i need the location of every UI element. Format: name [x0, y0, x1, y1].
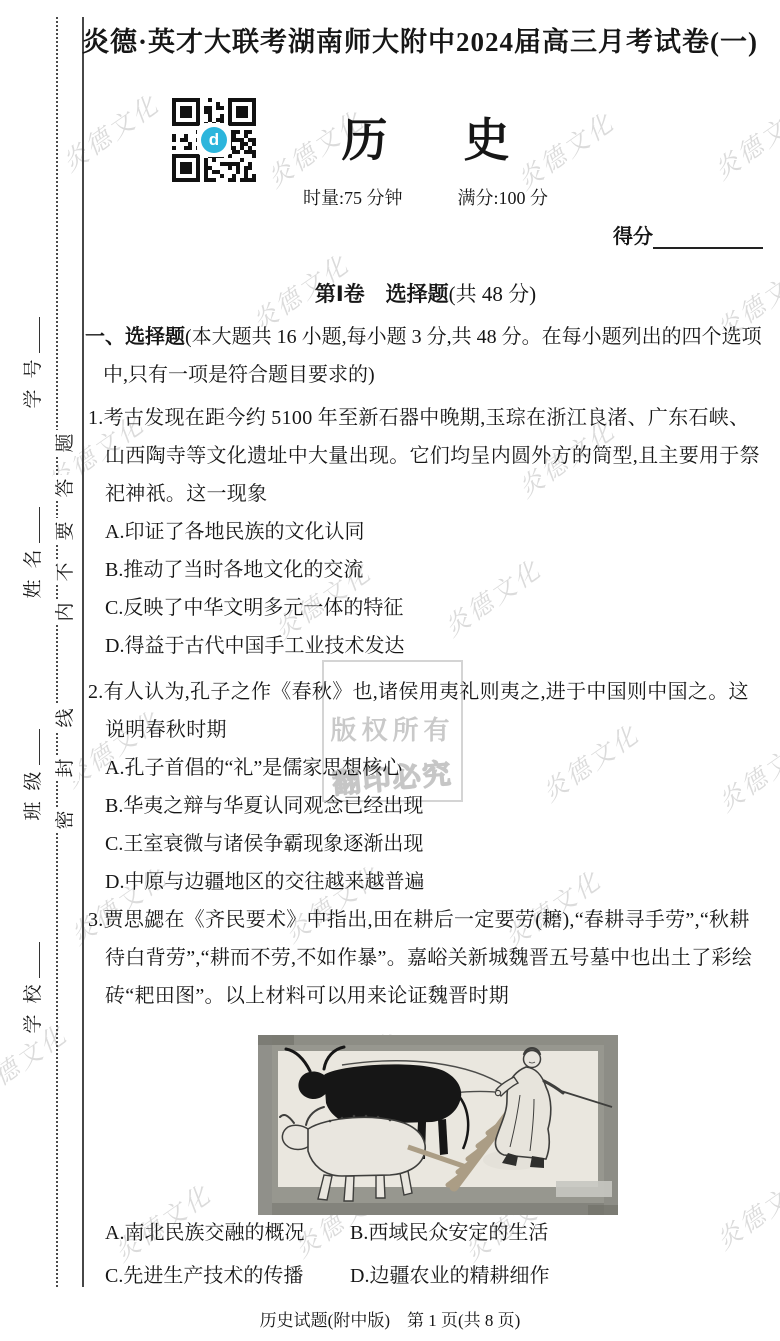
qr-logo: d: [197, 123, 231, 157]
seal-warning-char: 要: [53, 518, 79, 544]
question-1: 1.考古发现在距今约 5100 年至新石器中晚期,玉琮在浙江良渚、广东石峡、山西…: [88, 399, 763, 665]
seal-warning-char: 不: [53, 559, 79, 585]
subject-char-2: 史: [464, 104, 510, 170]
student-id-blank[interactable]: [23, 318, 40, 354]
seal-dashed-line: [56, 17, 58, 1287]
question-1-text: 考古发现在距今约 5100 年至新石器中晚期,玉琮在浙江良渚、广东石峡、山西陶寺…: [104, 407, 760, 505]
question-3-option-d: D.边疆农业的精耕细作: [350, 1257, 549, 1295]
score-label: 得分: [613, 226, 653, 248]
seal-warning-char: 封: [53, 755, 79, 781]
section-title: 第Ⅰ卷 选择题(共 48 分): [88, 278, 763, 308]
seal-warning-char: 答: [53, 475, 79, 501]
question-2-stem: 2.有人认为,孔子之作《春秋》也,诸侯用夷礼则夷之,进于中国则中国之。这说明春秋…: [88, 673, 763, 749]
plowing-brick-image: [258, 1035, 618, 1215]
class-label: 班级: [18, 761, 45, 821]
name-label: 姓名: [18, 539, 45, 599]
question-3-option-c: C.先进生产技术的传播: [105, 1257, 350, 1295]
class-blank[interactable]: [23, 730, 40, 766]
exam-title: 炎德·英才大联考湖南师大附中2024届高三月考试卷(一): [70, 20, 770, 59]
question-1-option-a: A.印证了各地民族的文化认同: [88, 513, 763, 551]
exam-meta: 时量:75 分钟 满分:100 分: [88, 184, 763, 210]
question-3-option-a: A.南北民族交融的概况: [105, 1214, 350, 1252]
subject-title: 历 史: [88, 104, 763, 170]
question-1-option-b: B.推动了当时各地文化的交流: [88, 551, 763, 589]
score-field: 得分: [613, 220, 763, 249]
question-3-number: 3.: [88, 909, 104, 931]
question-2-option-d: D.中原与边疆地区的交往越来越普遍: [88, 863, 763, 901]
question-3-text: 贾思勰在《齐民要术》中指出,田在耕后一定要劳(耱),“春耕寻手劳”,“秋耕待白背…: [104, 909, 753, 1007]
question-1-stem: 1.考古发现在距今约 5100 年至新石器中晚期,玉琮在浙江良渚、广东石峡、山西…: [88, 399, 763, 513]
question-3-option-b: B.西域民众安定的生活: [350, 1214, 549, 1252]
student-id-label: 学号: [18, 349, 45, 409]
school-field: 学校: [19, 933, 43, 1043]
name-field: 姓名: [19, 498, 43, 608]
student-id-field: 学号: [19, 308, 43, 418]
question-2-number: 2.: [88, 681, 104, 703]
school-blank[interactable]: [23, 943, 40, 979]
duration-label: 时量:75 分钟: [303, 184, 403, 210]
section-title-points: (共 48 分): [449, 282, 537, 306]
subject-char-1: 历: [342, 104, 388, 170]
seal-warning-char: 题: [53, 430, 79, 456]
question-2-option-a: A.孔子首倡的“礼”是儒家思想核心: [88, 749, 763, 787]
brand-watermark: 炎德文化: [708, 1163, 780, 1257]
instruction-lead: 一、选择题: [85, 326, 185, 348]
exam-page: 炎德文化炎德文化炎德文化炎德文化炎德文化炎德文化炎德文化炎德文化炎德文化炎德文化…: [0, 0, 780, 1341]
question-2-option-c: C.王室衰微与诸侯争霸现象逐渐出现: [88, 825, 763, 863]
full-score-label: 满分:100 分: [458, 184, 549, 210]
question-3: 3.贾思勰在《齐民要术》中指出,田在耕后一定要劳(耱),“春耕寻手劳”,“秋耕待…: [88, 901, 763, 1015]
page-footer: 历史试题(附中版) 第 1 页(共 8 页): [0, 1306, 780, 1331]
question-2: 2.有人认为,孔子之作《春秋》也,诸侯用夷礼则夷之,进于中国则中国之。这说明春秋…: [88, 673, 763, 901]
section-title-main: 第Ⅰ卷 选择题: [315, 283, 449, 306]
seal-solid-line: [82, 17, 84, 1287]
seal-warning-char: 线: [53, 705, 79, 731]
question-3-stem: 3.贾思勰在《齐民要术》中指出,田在耕后一定要劳(耱),“春耕寻手劳”,“秋耕待…: [88, 901, 763, 1015]
school-label: 学校: [18, 974, 45, 1034]
qr-logo-letter: d: [201, 127, 227, 153]
score-blank[interactable]: [653, 227, 763, 249]
question-3-options: A.南北民族交融的概况 B.西域民众安定的生活 C.先进生产技术的传播 D.边疆…: [105, 1214, 549, 1295]
question-2-text: 有人认为,孔子之作《春秋》也,诸侯用夷礼则夷之,进于中国则中国之。这说明春秋时期: [104, 681, 749, 741]
question-1-number: 1.: [88, 407, 104, 429]
seal-warning-char: 内: [53, 599, 79, 625]
question-1-option-d: D.得益于古代中国手工业技术发达: [88, 627, 763, 665]
instruction-body: (本大题共 16 小题,每小题 3 分,共 48 分。在每小题列出的四个选项中,…: [103, 326, 762, 386]
question-1-option-c: C.反映了中华文明多元一体的特征: [88, 589, 763, 627]
name-blank[interactable]: [23, 508, 40, 544]
section-instruction: 一、选择题(本大题共 16 小题,每小题 3 分,共 48 分。在每小题列出的四…: [85, 318, 780, 394]
seal-warning-char: 密: [53, 807, 79, 833]
class-field: 班级: [19, 720, 43, 830]
question-2-option-b: B.华夷之辩与华夏认同观念已经出现: [88, 787, 763, 825]
